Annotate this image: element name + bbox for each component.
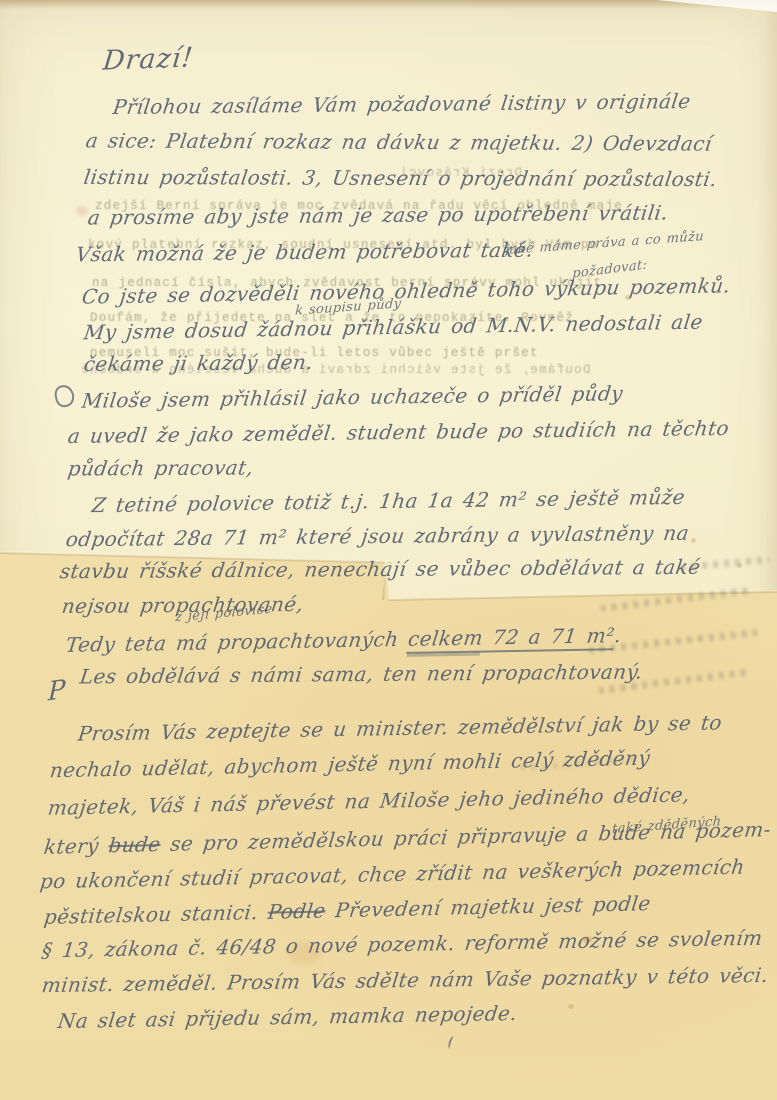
letter-page: zdejší Berní správa je moc zvědavá na řa… xyxy=(0,0,777,1100)
underlined-amount: 72 a 71 m² xyxy=(481,623,616,652)
stain xyxy=(76,206,88,216)
stain xyxy=(568,1004,574,1009)
line-segment: pěstitelskou stanici. xyxy=(43,900,270,929)
margin-pilcrow-mark: P xyxy=(48,675,67,708)
struck-word: bude xyxy=(107,832,162,857)
letter-line: Přílohou zasíláme Vám požadované listiny… xyxy=(111,89,692,119)
stain xyxy=(737,563,742,568)
interline-insert: jaké máme práva a co můžu xyxy=(505,229,705,258)
letter-line: Les obdělává s námi sama, ten není propa… xyxy=(78,660,644,689)
letter-line: listinu pozůstalosti. 3, Usnesení o proj… xyxy=(82,165,718,191)
salutation: Drazí! xyxy=(101,42,195,76)
margin-ring-mark xyxy=(53,383,76,408)
letter-line: Však možná že je budem potřebovat také. xyxy=(74,238,534,267)
letter-line: čekáme ji každý den. xyxy=(82,350,314,376)
struck-word: Podle xyxy=(266,898,327,923)
letter-line: odpočítat 28a 71 m² které jsou zabrány a… xyxy=(64,521,690,552)
letter-line: a sice: Platební rozkaz na dávku z majet… xyxy=(84,128,713,155)
line-segment: který xyxy=(43,833,110,859)
letter-line: půdách pracovat, xyxy=(66,456,255,481)
letter-line: stavbu říšské dálnice, nenechají se vůbe… xyxy=(58,555,702,583)
letter-line: Z tetiné polovice totiž t.j. 1ha 1a 42 m… xyxy=(91,485,687,517)
stain xyxy=(691,538,696,543)
letter-line: Miloše jsem přihlásil jako uchazeče o př… xyxy=(81,381,625,413)
letter-line: a uvedl že jako zeměděl. student bude po… xyxy=(66,416,730,448)
paper-top-edge-shadow xyxy=(0,0,777,9)
letter-line: a prosíme aby jste nám je zase po upotře… xyxy=(86,200,669,229)
underlined-word: celkem xyxy=(406,626,484,654)
